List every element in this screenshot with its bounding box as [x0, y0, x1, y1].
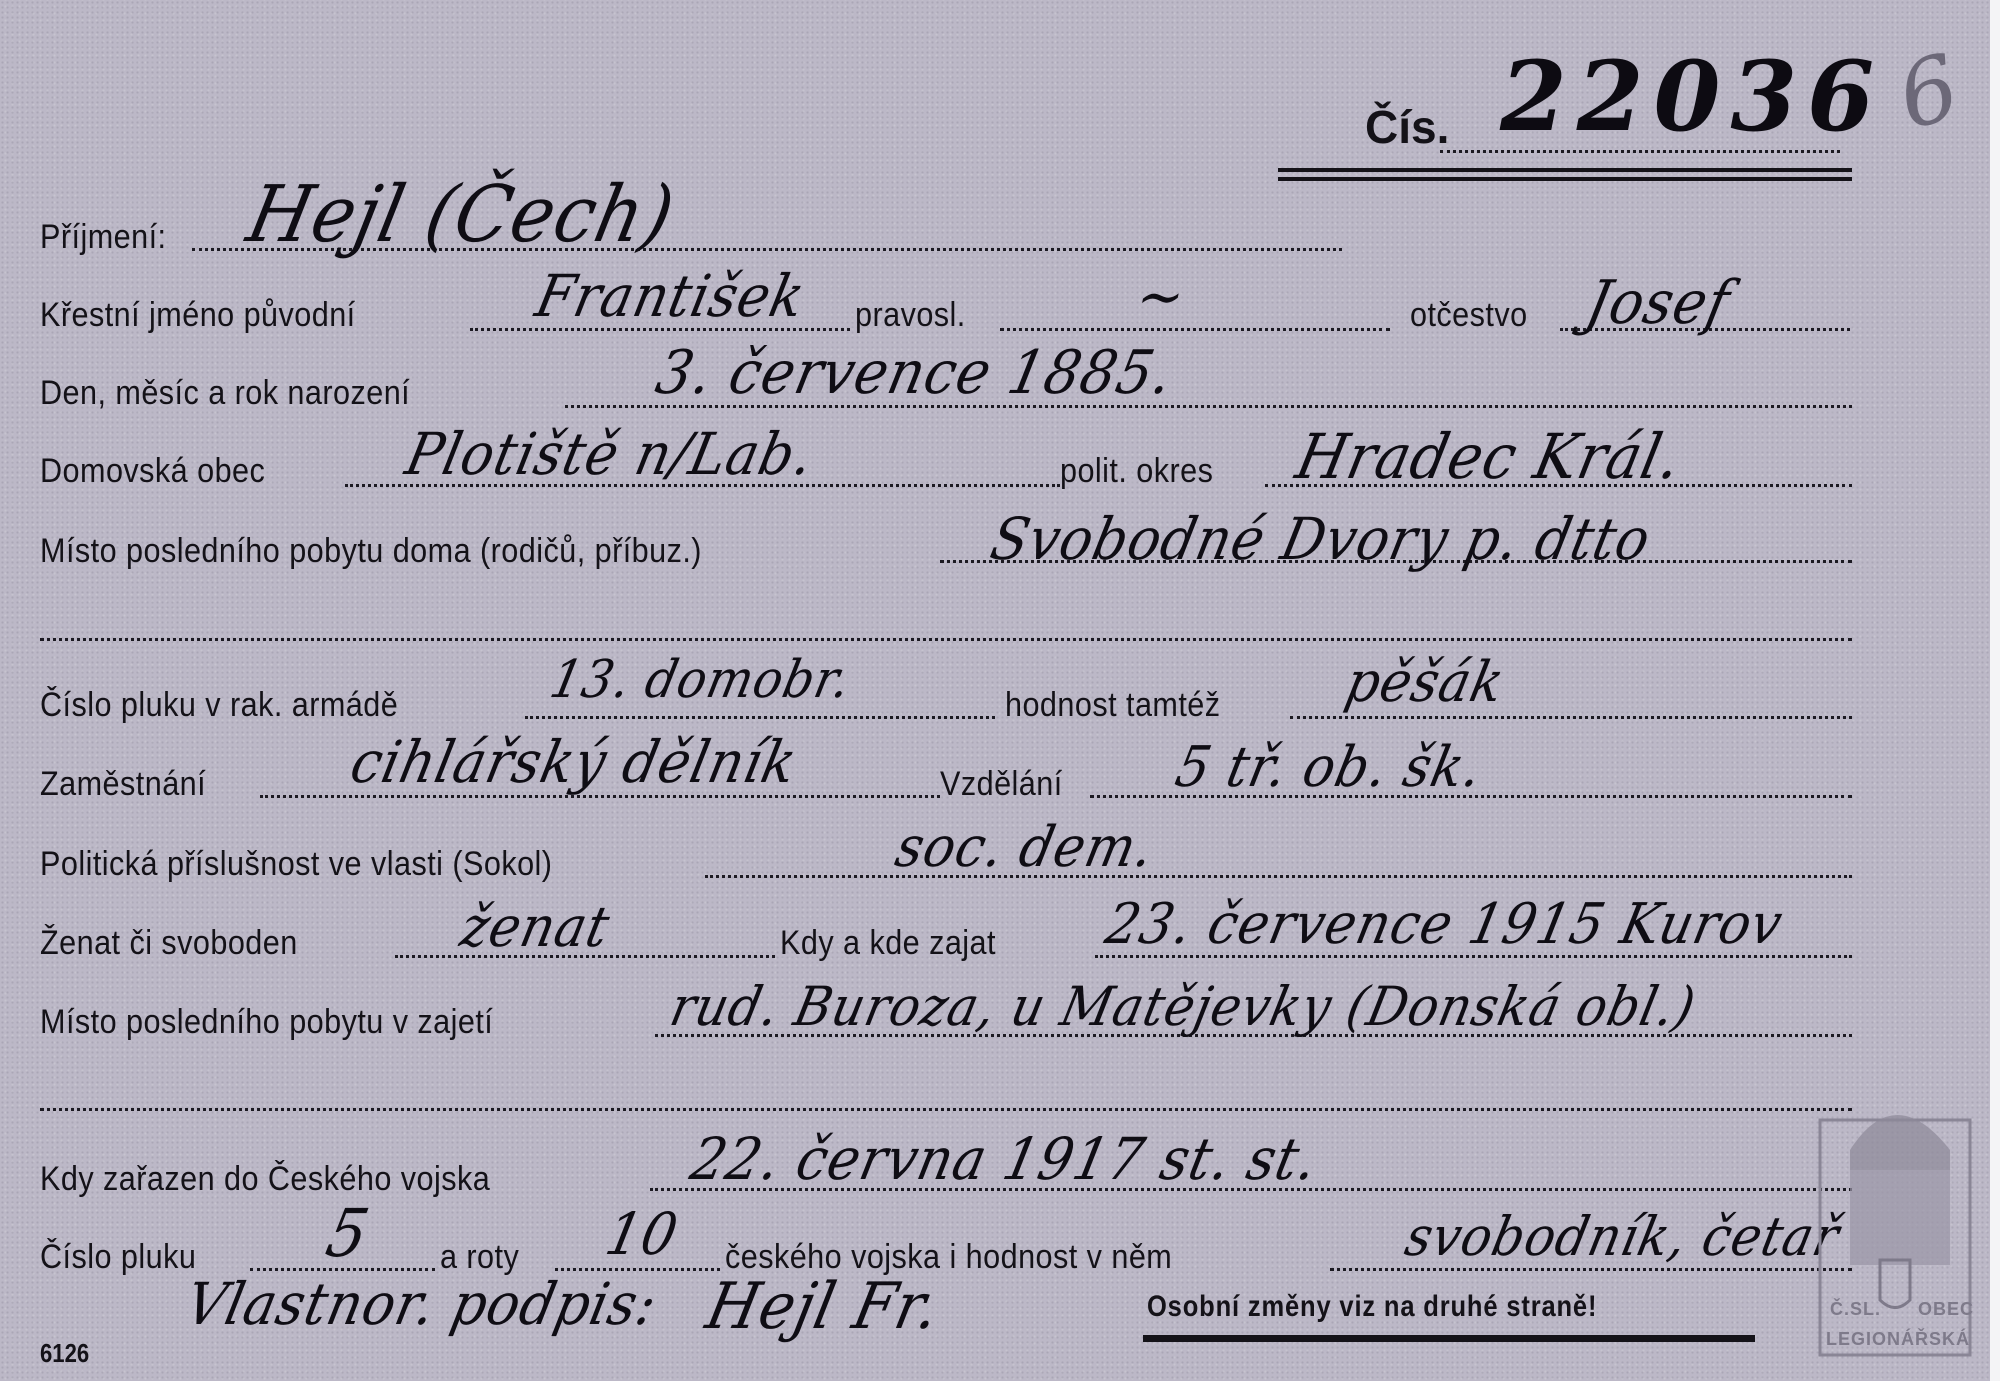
surname-value: Hejl (Čech): [240, 170, 682, 260]
rank-austrian-line: [1290, 716, 1852, 719]
rank-czech-value: svobodník, četař: [1400, 1205, 1845, 1268]
header-rule-bottom: [1278, 177, 1852, 181]
home-municipality-value: Plotiště n/Lab.: [400, 420, 820, 488]
last-residence-captivity-value: rud. Buroza, u Matějevky (Donská obl.): [665, 975, 1701, 1038]
stamp-line2: LEGIONÁŘSKÁ: [1826, 1328, 1970, 1349]
enlisted-label: Kdy zařazen do Českého vojska: [40, 1160, 490, 1199]
orthodox-value: ~: [1130, 262, 1192, 332]
first-name-label: Křestní jméno původní: [40, 296, 356, 335]
education-value: 5 tř. ob. šk.: [1170, 735, 1488, 800]
occupation-label: Zaměstnání: [40, 765, 206, 804]
form-number: 6126: [40, 1338, 89, 1369]
birth-date-label: Den, měsíc a rok narození: [40, 374, 410, 413]
continuation-line-1: [40, 638, 1852, 641]
continuation-line-2: [40, 1108, 1852, 1111]
legion-stamp-icon: Č.SL. OBEC LEGIONÁŘSKÁ: [1810, 1060, 1980, 1360]
orthodox-line: [1000, 328, 1390, 331]
last-residence-home-value: Svobodné Dvory p. dtto: [985, 505, 1657, 573]
marital-status-label: Ženat či svoboden: [40, 924, 298, 963]
patronymic-label: otčestvo: [1410, 296, 1528, 335]
stamp-line1-right: OBEC: [1918, 1299, 1974, 1319]
regiment-number-label: Číslo pluku: [40, 1238, 196, 1277]
patronymic-value: Josef: [1580, 268, 1736, 338]
signature-value: Hejl Fr.: [700, 1270, 946, 1344]
number-label: Čís.: [1365, 100, 1449, 154]
pencil-margin-mark: 6: [1887, 34, 1969, 150]
political-district-value: Hradec Král.: [1290, 420, 1688, 493]
footer-notice: Osobní změny viz na druhé straně!: [1147, 1290, 1597, 1324]
captured-value: 23. července 1915 Kurov: [1100, 892, 1789, 957]
surname-label: Příjmení:: [40, 218, 166, 257]
education-label: Vzdělání: [940, 765, 1063, 804]
header-rule-top: [1278, 168, 1852, 172]
political-district-label: polit. okres: [1060, 452, 1213, 491]
political-affiliation-line: [705, 875, 1852, 878]
orthodox-label: pravosl.: [855, 296, 966, 335]
card-number: 22036: [1500, 40, 1884, 153]
rank-czech-line: [1330, 1268, 1852, 1271]
last-residence-captivity-label: Místo posledního pobytu v zajetí: [40, 1003, 493, 1042]
captured-label: Kdy a kde zajat: [780, 924, 996, 963]
marital-status-value: ženat: [455, 895, 616, 960]
occupation-value: cihlářský dělník: [345, 728, 803, 796]
legion-registration-card: Čís. 22036 6 Příjmení: Hejl (Čech) Křest…: [0, 0, 1990, 1381]
first-name-value: František: [530, 262, 811, 330]
home-municipality-label: Domovská obec: [40, 452, 265, 491]
company-value: 10: [600, 1200, 684, 1268]
rank-austrian-value: pěšák: [1340, 650, 1510, 715]
regiment-austrian-value: 13. domobr.: [545, 650, 856, 710]
rank-austrian-label: hodnost tamtéž: [1005, 686, 1221, 725]
footer-rule: [1143, 1335, 1755, 1342]
political-affiliation-label: Politická příslušnost ve vlasti (Sokol): [40, 845, 552, 884]
signature-label: Vlastnor. podpis:: [180, 1270, 663, 1338]
birth-date-value: 3. července 1885.: [650, 338, 1179, 408]
regiment-number-value: 5: [320, 1195, 376, 1272]
political-affiliation-value: soc. dem.: [890, 815, 1160, 880]
enlisted-value: 22. června 1917 st. st.: [685, 1125, 1324, 1193]
regiment-austrian-line: [525, 716, 995, 719]
stamp-line1-left: Č.SL.: [1830, 1298, 1881, 1319]
regiment-austrian-label: Číslo pluku v rak. armádě: [40, 686, 398, 725]
last-residence-home-label: Místo posledního pobytu doma (rodičů, př…: [40, 532, 702, 571]
